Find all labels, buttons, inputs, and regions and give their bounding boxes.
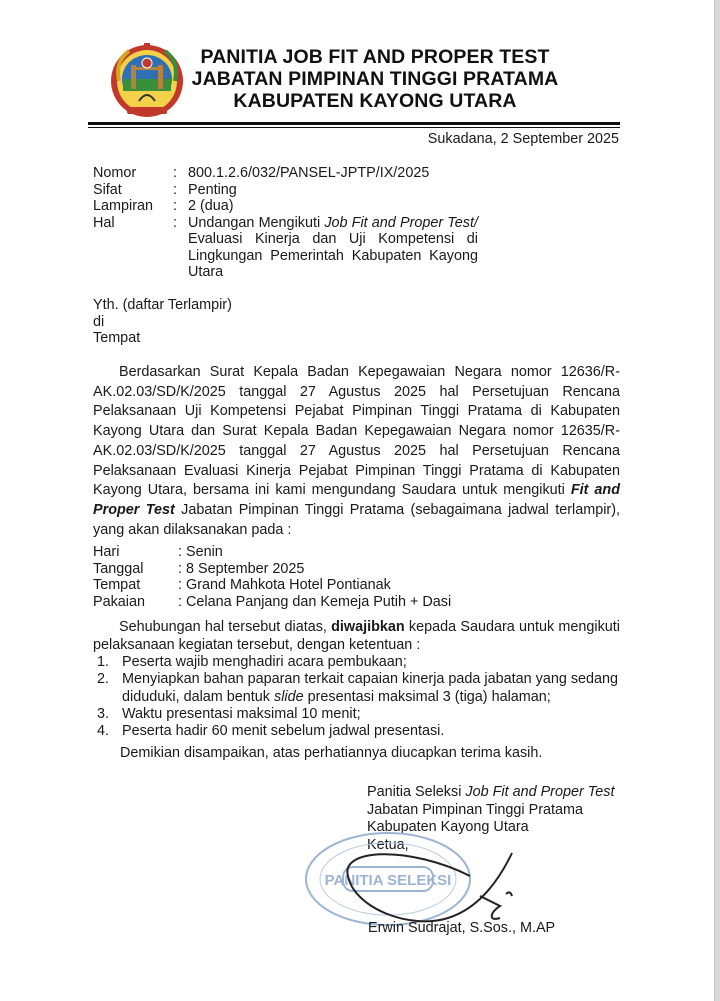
schedule-label: Tempat xyxy=(93,577,178,594)
list-italic: slide xyxy=(274,689,304,705)
schedule-row: Hari: Senin xyxy=(93,544,451,561)
meta-separator: : xyxy=(173,198,188,215)
meta-separator: : xyxy=(173,182,188,199)
letterhead-line: KABUPATEN KAYONG UTARA xyxy=(190,90,560,112)
schedule-value: : Grand Mahkota Hotel Pontianak xyxy=(178,577,391,594)
meta-row-hal: Hal : Undangan Mengikuti Job Fit and Pro… xyxy=(93,215,478,281)
schedule-label: Pakaian xyxy=(93,594,178,611)
addressee-line: Tempat xyxy=(93,330,232,347)
signature-line: Jabatan Pimpinan Tinggi Pratama xyxy=(367,802,614,820)
signer-name: Erwin Sudrajat, S.Sos., M.AP xyxy=(368,920,555,936)
meta-label: Nomor xyxy=(93,165,173,182)
list-item: 1.Peserta wajib menghadiri acara pembuka… xyxy=(97,654,620,671)
letter-metadata: Nomor : 800.1.2.6/032/PANSEL-JPTP/IX/202… xyxy=(93,165,478,281)
meta-row-nomor: Nomor : 800.1.2.6/032/PANSEL-JPTP/IX/202… xyxy=(93,165,478,182)
list-item: 2.Menyiapkan bahan paparan terkait capai… xyxy=(97,671,620,706)
closing-sentence: Demikian disampaikan, atas perhatiannya … xyxy=(120,745,542,761)
schedule-value: : Senin xyxy=(178,544,223,561)
regency-emblem-icon xyxy=(109,41,185,119)
list-number: 1. xyxy=(97,654,122,671)
place-date: Sukadana, 2 September 2025 xyxy=(428,131,619,147)
letterhead-rule-thin xyxy=(88,127,620,128)
provisions-list: 1.Peserta wajib menghadiri acara pembuka… xyxy=(97,654,620,740)
letterhead-line: JABATAN PIMPINAN TINGGI PRATAMA xyxy=(190,68,560,90)
subject-italic: Job Fit and Proper Test/ xyxy=(324,215,478,231)
meta-label: Lampiran xyxy=(93,198,173,215)
schedule-row: Tempat: Grand Mahkota Hotel Pontianak xyxy=(93,577,451,594)
subject-text-rest: Evaluasi Kinerja dan Uji Kompetensi di L… xyxy=(188,231,478,280)
schedule-label: Hari xyxy=(93,544,178,561)
meta-value-subject: Undangan Mengikuti Job Fit and Proper Te… xyxy=(188,215,478,281)
addressee-block: Yth. (daftar Terlampir) di Tempat xyxy=(93,297,232,347)
signature-line: Panitia Seleksi Job Fit and Proper Test xyxy=(367,784,614,802)
schedule-label: Tanggal xyxy=(93,561,178,578)
meta-label: Sifat xyxy=(93,182,173,199)
schedule-row: Tanggal: 8 September 2025 xyxy=(93,561,451,578)
meta-value: 2 (dua) xyxy=(188,198,478,215)
list-number: 4. xyxy=(97,723,122,740)
schedule-value: : 8 September 2025 xyxy=(178,561,304,578)
subject-text: Undangan Mengikuti xyxy=(188,215,324,231)
meta-label: Hal xyxy=(93,215,173,281)
list-text: Peserta wajib menghadiri acara pembukaan… xyxy=(122,654,620,671)
addressee-line: Yth. (daftar Terlampir) xyxy=(93,297,232,314)
body-paragraph-2: Sehubungan hal tersebut diatas, diwajibk… xyxy=(93,618,620,654)
list-item: 3.Waktu presentasi maksimal 10 menit; xyxy=(97,706,620,723)
list-text: Menyiapkan bahan paparan terkait capaian… xyxy=(122,671,620,706)
meta-separator: : xyxy=(173,165,188,182)
meta-value: Penting xyxy=(188,182,478,199)
list-text: Waktu presentasi maksimal 10 menit; xyxy=(122,706,620,723)
meta-row-lampiran: Lampiran : 2 (dua) xyxy=(93,198,478,215)
body-bold: diwajibkan xyxy=(331,619,405,635)
signature-italic: Job Fit and Proper Test xyxy=(465,784,614,800)
body-paragraph-1: Berdasarkan Surat Kepala Badan Kepegawai… xyxy=(93,363,620,540)
body-text: Sehubungan hal tersebut diatas, xyxy=(119,619,331,635)
meta-row-sifat: Sifat : Penting xyxy=(93,182,478,199)
list-text: Peserta hadir 60 menit sebelum jadwal pr… xyxy=(122,723,620,740)
list-item: 4.Peserta hadir 60 menit sebelum jadwal … xyxy=(97,723,620,740)
meta-value: 800.1.2.6/032/PANSEL-JPTP/IX/2025 xyxy=(188,165,478,182)
letterhead-line: PANITIA JOB FIT AND PROPER TEST xyxy=(190,46,560,68)
schedule-row: Pakaian: Celana Panjang dan Kemeja Putih… xyxy=(93,594,451,611)
list-number: 2. xyxy=(97,671,122,706)
meta-separator: : xyxy=(173,215,188,281)
list-text-part: presentasi maksimal 3 (tiga) halaman; xyxy=(304,689,551,705)
signature-text: Panitia Seleksi xyxy=(367,784,465,800)
page-edge-scrollbar xyxy=(714,0,720,1001)
letterhead-title: PANITIA JOB FIT AND PROPER TEST JABATAN … xyxy=(190,46,560,112)
body-text: Berdasarkan Surat Kepala Badan Kepegawai… xyxy=(93,364,620,498)
schedule-value: : Celana Panjang dan Kemeja Putih + Dasi xyxy=(178,594,451,611)
letterhead-rule-thick xyxy=(88,122,620,125)
schedule-block: Hari: Senin Tanggal: 8 September 2025 Te… xyxy=(93,544,451,610)
addressee-line: di xyxy=(93,314,232,331)
list-number: 3. xyxy=(97,706,122,723)
